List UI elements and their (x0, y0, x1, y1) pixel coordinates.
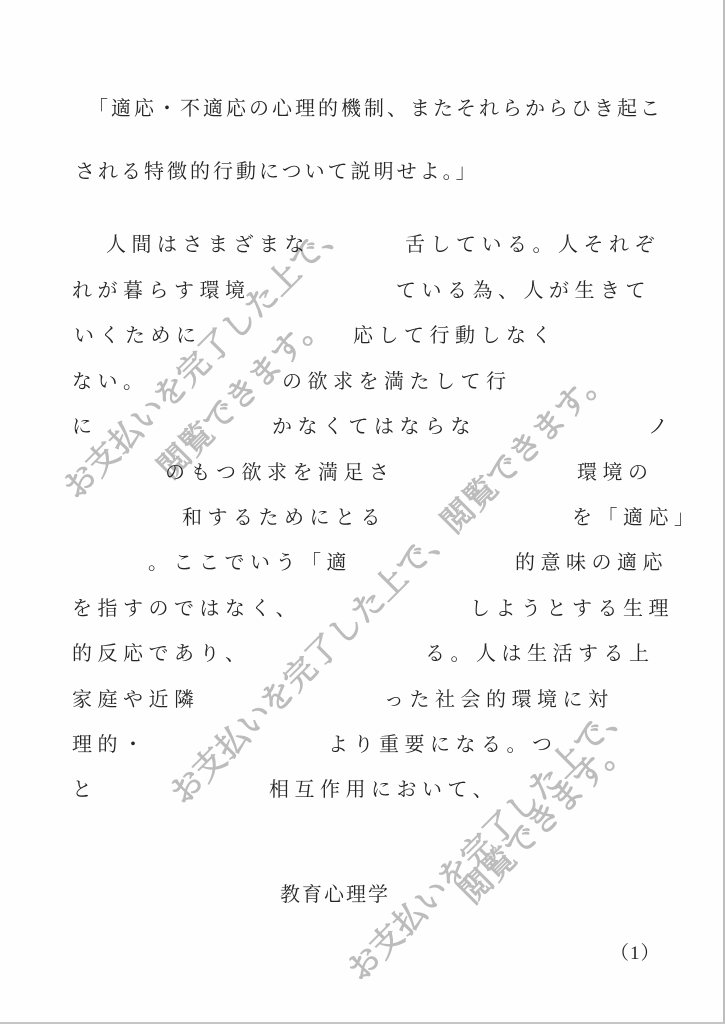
body-text-segment: れが暮らす環境 (72, 274, 251, 303)
body-text-segment: 人間はさまざまな (106, 228, 310, 257)
body-text-segment: を指すのではなく、 (72, 592, 301, 621)
body-text-segment: 相互作用において、 (269, 773, 498, 802)
body-text-segment: と (72, 773, 98, 802)
body-text-segment: った社会的環境に対 (384, 683, 614, 712)
body-text-segment: 応して行動しなく (353, 319, 557, 348)
body-text-segment: 的意味の適応 (515, 546, 668, 575)
body-text-segment: より重要になる。つ (328, 728, 558, 757)
prompt-heading-line-2: される特徴的行動について説明せよ。」 (75, 155, 479, 184)
footer-course-title: 教育心理学 (280, 878, 390, 907)
body-text-segment: ない。 (72, 365, 149, 394)
body-text-segment: の欲求を満たして行 (282, 365, 512, 394)
body-text-segment: のもつ欲求を満足さ (165, 456, 395, 485)
body-text-segment: 家庭や近隣 (72, 683, 200, 712)
prompt-heading-line-1: 「適応・不適応の心理的機制、またそれらからひき起こ (88, 92, 663, 121)
body-text-segment: 。ここでいう「適 (148, 546, 352, 575)
document-page: 「適応・不適応の心理的機制、またそれらからひき起こ される特徴的行動について説明… (0, 0, 725, 1024)
page-number: （1） (610, 938, 661, 965)
body-text-segment: しようとする生理 (470, 592, 674, 621)
body-text-segment: に (72, 410, 98, 439)
body-text-segment: を「適応」 (572, 501, 700, 530)
body-text-segment: 和するためにとる (182, 501, 386, 530)
body-text-segment: 理的・ (72, 728, 149, 757)
body-text-segment: いくために (74, 319, 202, 348)
body-text-segment: ノ (648, 410, 674, 439)
body-text-segment: る。人は生活する上 (425, 637, 655, 666)
body-text-segment: かなくてはならな (272, 410, 476, 439)
body-text-segment: 的反応であり、 (72, 637, 251, 666)
body-text-segment: 舌している。人それぞ (405, 228, 660, 257)
body-text-segment: 環境の (577, 456, 654, 485)
body-text-segment: ている為、人が生きて (396, 274, 651, 303)
